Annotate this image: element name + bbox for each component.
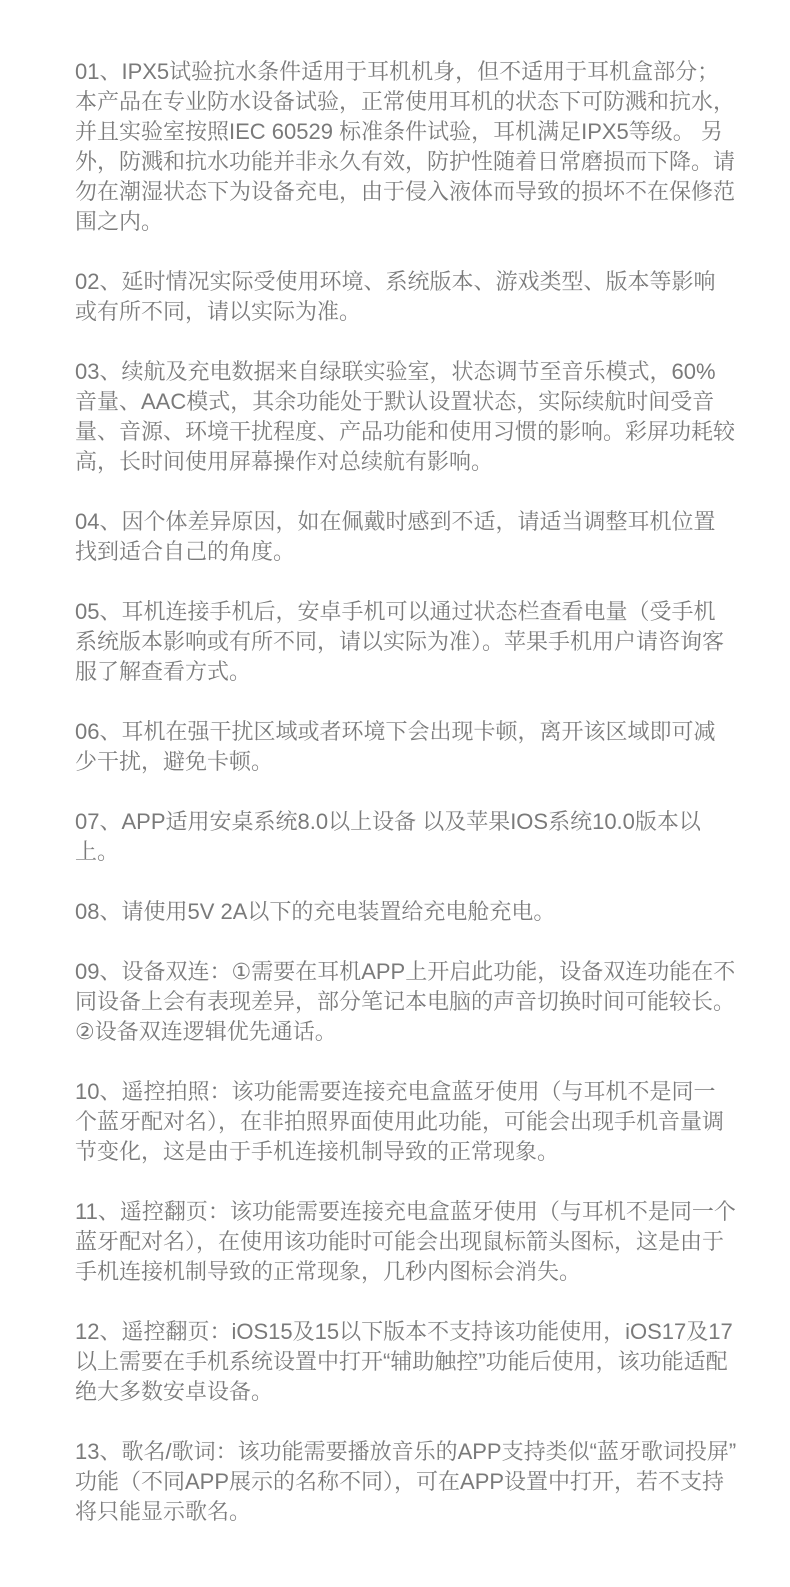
- note-paragraph: 01、IPX5试验抗水条件适用于耳机机身，但不适用于耳机盒部分；本产品在专业防水…: [75, 57, 737, 237]
- note-paragraph: 13、歌名/歌词：该功能需要播放音乐的APP支持类似“蓝牙歌词投屏”功能（不同A…: [75, 1437, 737, 1527]
- note-paragraph: 10、遥控拍照：该功能需要连接充电盒蓝牙使用（与耳机不是同一个蓝牙配对名），在非…: [75, 1077, 737, 1167]
- disclaimer-page: 01、IPX5试验抗水条件适用于耳机机身，但不适用于耳机盒部分；本产品在专业防水…: [0, 0, 790, 1587]
- note-paragraph: 03、续航及充电数据来自绿联实验室，状态调节至音乐模式，60%音量、AAC模式，…: [75, 357, 737, 477]
- note-paragraph: 07、APP适用安桌系统8.0以上设备 以及苹果IOS系统10.0版本以上。: [75, 807, 737, 867]
- note-paragraph: 02、延时情况实际受使用环境、系统版本、游戏类型、版本等影响或有所不同，请以实际…: [75, 267, 737, 327]
- note-paragraph: 12、遥控翻页：iOS15及15以下版本不支持该功能使用，iOS17及17以上需…: [75, 1317, 737, 1407]
- notes-list: 01、IPX5试验抗水条件适用于耳机机身，但不适用于耳机盒部分；本产品在专业防水…: [75, 57, 737, 1527]
- note-paragraph: 05、耳机连接手机后，安卓手机可以通过状态栏查看电量（受手机系统版本影响或有所不…: [75, 597, 737, 687]
- note-paragraph: 09、设备双连：①需要在耳机APP上开启此功能，设备双连功能在不同设备上会有表现…: [75, 957, 737, 1047]
- note-paragraph: 04、因个体差异原因，如在佩戴时感到不适，请适当调整耳机位置找到适合自己的角度。: [75, 507, 737, 567]
- note-paragraph: 08、请使用5V 2A以下的充电装置给充电舱充电。: [75, 897, 737, 927]
- note-paragraph: 06、耳机在强干扰区域或者环境下会出现卡顿，离开该区域即可减少干扰，避免卡顿。: [75, 717, 737, 777]
- note-paragraph: 11、遥控翻页：该功能需要连接充电盒蓝牙使用（与耳机不是同一个蓝牙配对名），在使…: [75, 1197, 737, 1287]
